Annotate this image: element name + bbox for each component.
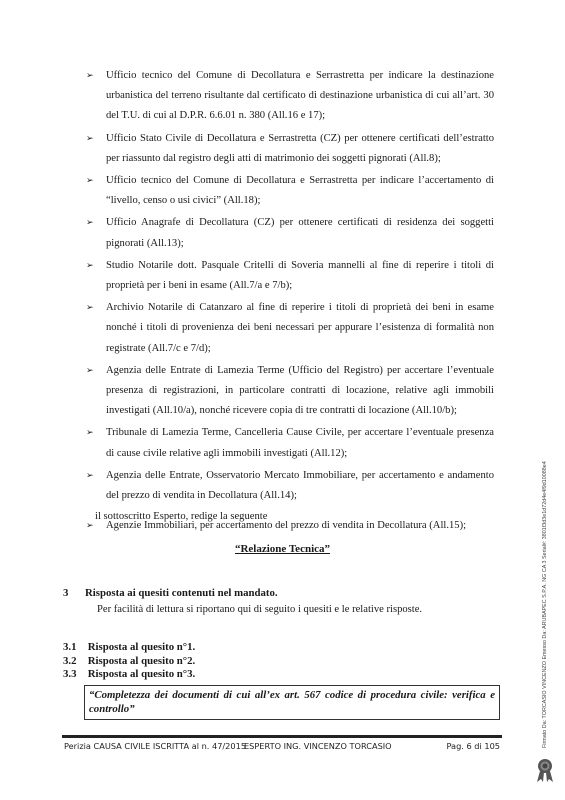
list-item: ➢Ufficio tecnico del Comune di Decollatu… [86,66,494,127]
quesito-label: Risposta al quesito n°2. [88,655,196,667]
list-item-text: Agenzia delle Entrate di Lamezia Terme (… [106,365,494,416]
arrowhead-bullet-icon: ➢ [86,298,94,318]
quesito-heading: 3.3 Risposta al quesito n°3. [63,668,195,682]
list-item-text: Agenzia delle Entrate, Osservatorio Merc… [106,470,494,501]
list-item-text: Tribunale di Lamezia Terme, Cancelleria … [106,427,494,458]
footer-expert: ESPERTO ING. VINCENZO TORCASIO [244,741,392,751]
list-item-text: Ufficio tecnico del Comune di Decollatur… [106,175,494,206]
list-item-text: Archivio Notarile di Catanzaro al fine d… [106,302,494,353]
arrowhead-bullet-icon: ➢ [86,516,94,536]
list-item-text: Ufficio Anagrafe di Decollatura (CZ) per… [106,217,494,248]
arrowhead-bullet-icon: ➢ [86,171,94,191]
section-title: Risposta ai quesiti contenuti nel mandat… [85,587,278,599]
list-item: ➢Tribunale di Lamezia Terme, Cancelleria… [86,423,494,463]
list-item-text: Studio Notarile dott. Pasquale Critelli … [106,260,494,291]
list-item: ➢Agenzia delle Entrate di Lamezia Terme … [86,361,494,422]
list-item: ➢Ufficio Anagrafe di Decollatura (CZ) pe… [86,213,494,253]
quesiti-list: 3.1 Risposta al quesito n°1. 3.2 Rispost… [63,641,195,682]
arrowhead-bullet-icon: ➢ [86,256,94,276]
arrowhead-bullet-icon: ➢ [86,66,94,86]
arrowhead-bullet-icon: ➢ [86,423,94,443]
boxed-quote: “Completezza dei documenti di cui all’ex… [84,685,500,720]
footer-case: Perizia CAUSA CIVILE ISCRITTA al n. 47/2… [64,741,246,751]
list-item-text: Ufficio Stato Civile di Decollatura e Se… [106,133,494,164]
quesito-number: 3.1 [63,641,85,655]
intro-text: il sottoscritto Esperto, redige la segue… [95,511,267,522]
list-item: ➢Archivio Notarile di Catanzaro al fine … [86,298,494,359]
list-item: ➢Studio Notarile dott. Pasquale Critelli… [86,256,494,296]
section-heading: 3Risposta ai quesiti contenuti nel manda… [63,587,278,599]
page-number: Pag. 6 di 105 [446,741,500,751]
arrowhead-bullet-icon: ➢ [86,361,94,381]
footer-divider [62,735,502,738]
bullet-list: ➢Ufficio tecnico del Comune di Decollatu… [86,66,494,538]
quesito-heading: 3.1 Risposta al quesito n°1. [63,641,195,655]
report-title: “Relazione Tecnica” [0,543,565,555]
quesito-label: Risposta al quesito n°3. [88,668,196,680]
digital-signature-seal-icon [534,757,556,783]
quesito-label: Risposta al quesito n°1. [88,641,196,653]
list-item: ➢Ufficio tecnico del Comune di Decollatu… [86,171,494,211]
digital-signature-text: Firmato Da: TORCASIO VINCENZO Emesso Da:… [542,461,548,748]
quesito-heading: 3.2 Risposta al quesito n°2. [63,655,195,669]
list-item: ➢Ufficio Stato Civile di Decollatura e S… [86,129,494,169]
quesito-number: 3.2 [63,655,85,669]
section-number: 3 [63,587,85,599]
arrowhead-bullet-icon: ➢ [86,129,94,149]
arrowhead-bullet-icon: ➢ [86,466,94,486]
quesito-number: 3.3 [63,668,85,682]
list-item-text: Ufficio tecnico del Comune di Decollatur… [106,70,494,121]
document-page: ➢Ufficio tecnico del Comune di Decollatu… [0,0,565,800]
arrowhead-bullet-icon: ➢ [86,213,94,233]
section-subtitle: Per facilità di lettura si riportano qui… [97,604,422,615]
list-item: ➢Agenzia delle Entrate, Osservatorio Mer… [86,466,494,506]
